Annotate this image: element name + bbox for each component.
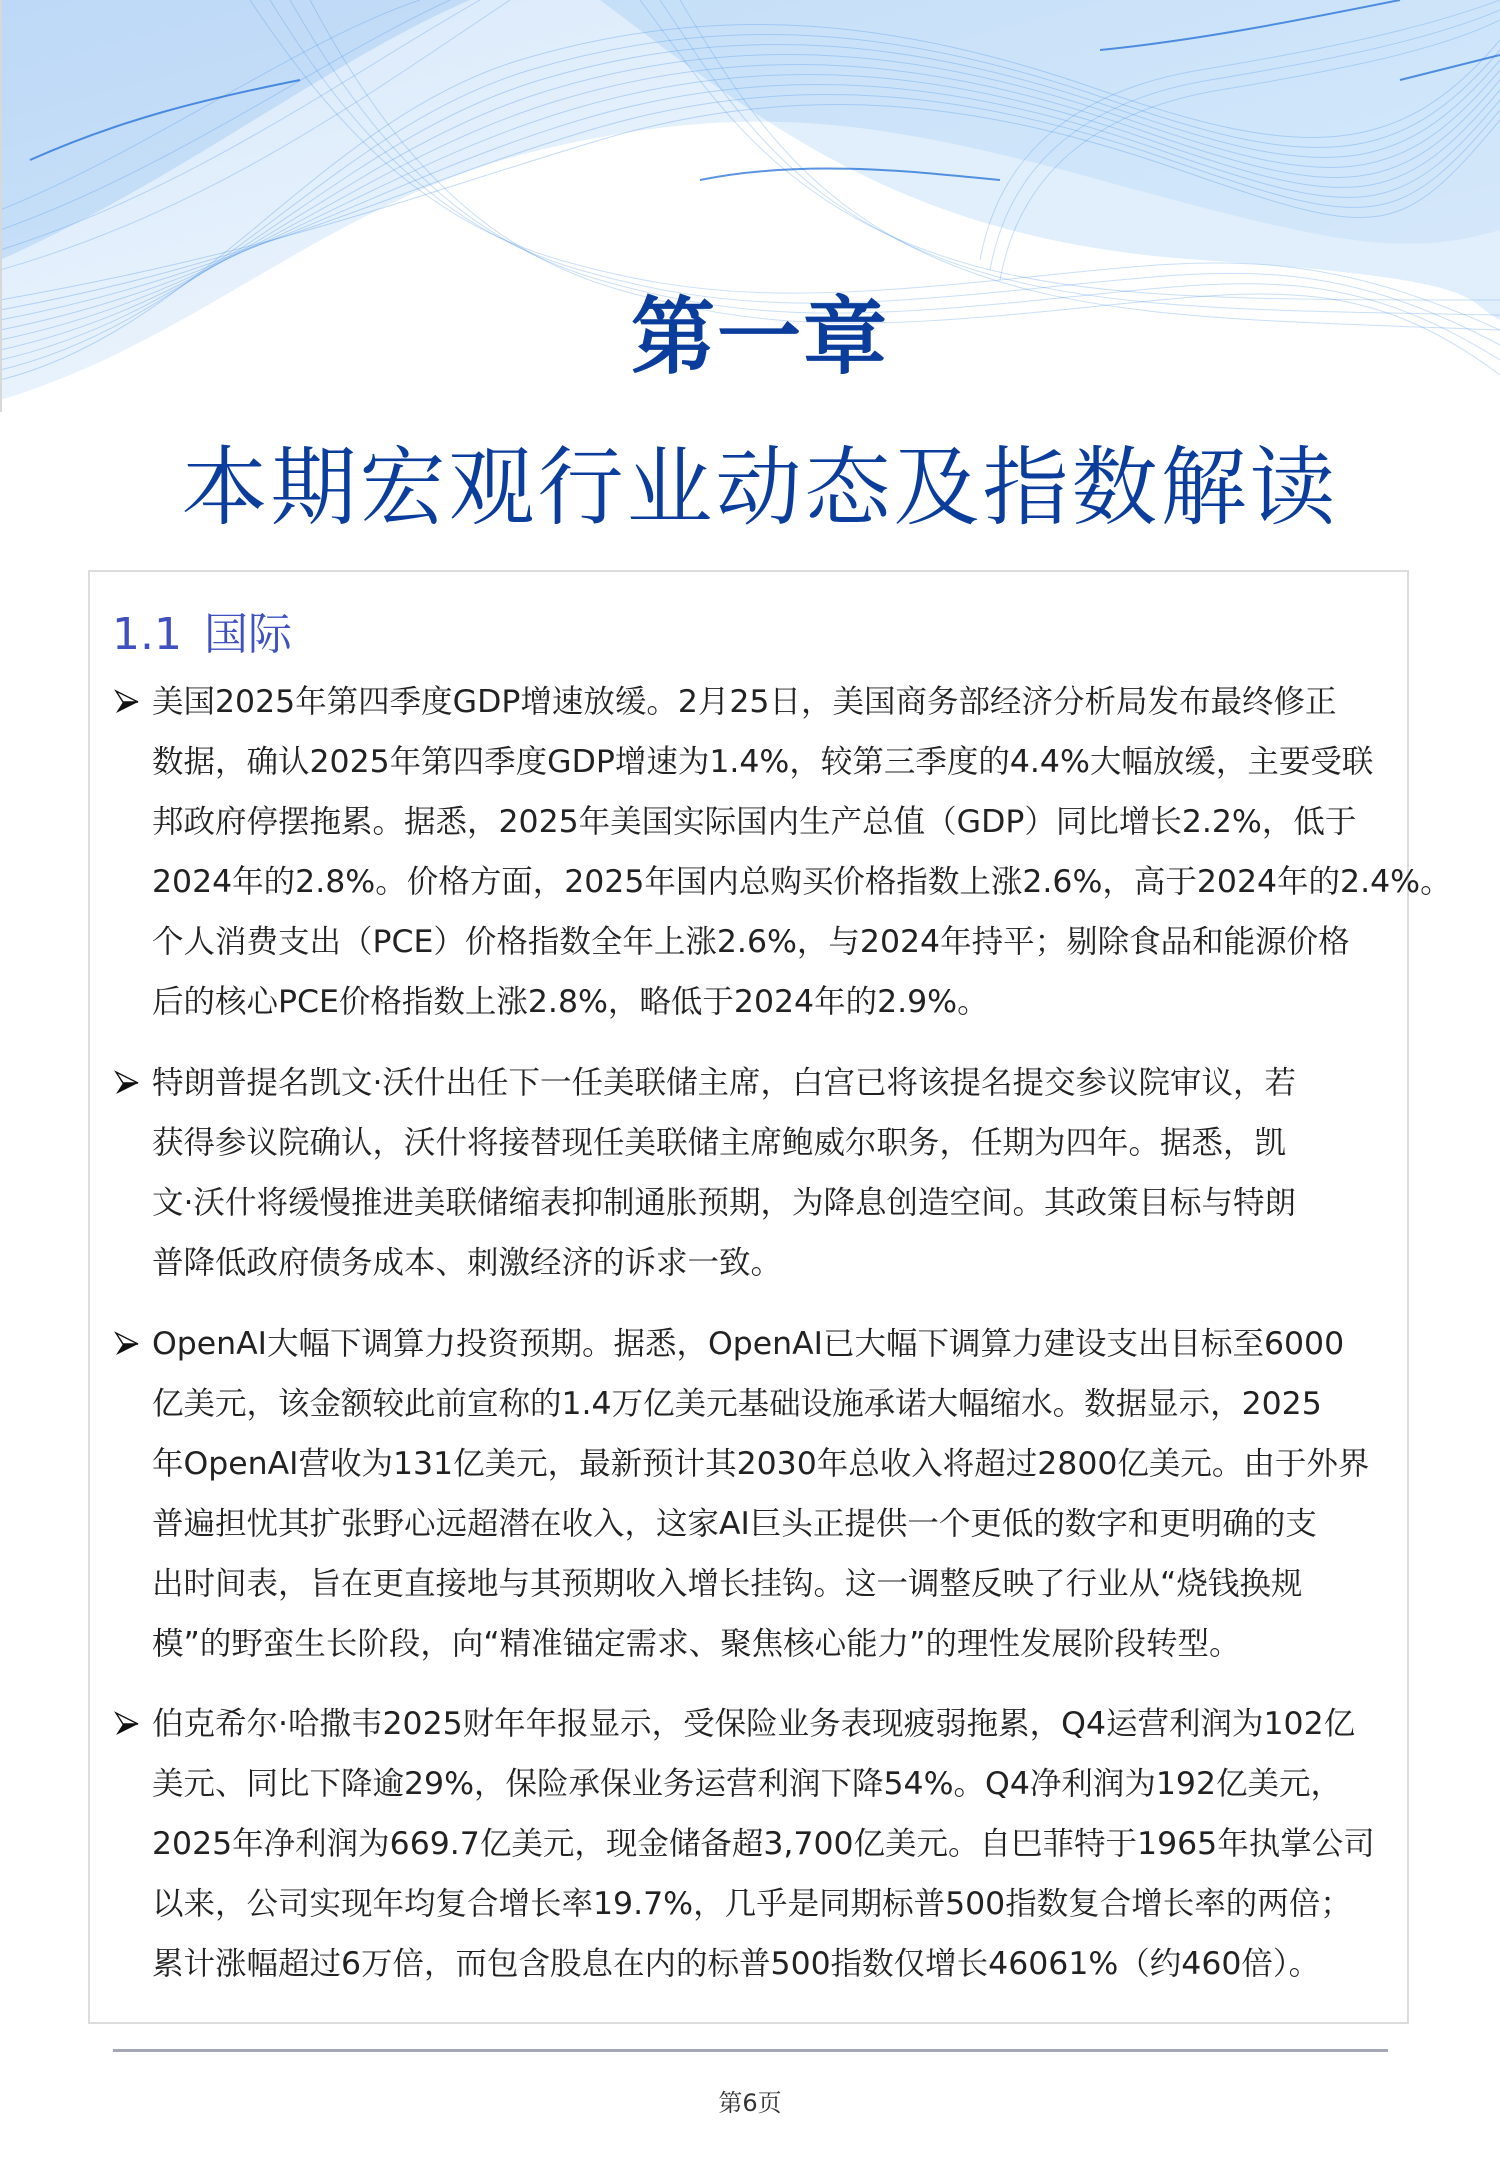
section-heading: 1.1国际	[112, 598, 292, 662]
text-line: 美国2025年第四季度GDP增速放缓。2月25日，美国商务部经济分析局发布最终修…	[152, 672, 1414, 732]
text-line: OpenAI大幅下调算力投资预期。据悉，OpenAI已大幅下调算力建设支出目标至…	[152, 1314, 1414, 1374]
text-line: 后的核心PCE价格指数上涨2.8%，略低于2024年的2.9%。	[152, 972, 1414, 1032]
text-line: 获得参议院确认，沃什将接替现任美联储主席鲍威尔职务，任期为四年。据悉，凯	[152, 1113, 1414, 1173]
text-line: 模”的野蛮生长阶段，向“精准锚定需求、聚焦核心能力”的理性发展阶段转型。	[152, 1614, 1414, 1674]
text-line: 普遍担忧其扩张野心远超潜在收入，这家AI巨头正提供一个更低的数字和更明确的支	[152, 1494, 1414, 1554]
text-line: 文·沃什将缓慢推进美联储缩表抑制通胀预期，为降息创造空间。其政策目标与特朗	[152, 1173, 1414, 1233]
footer-divider	[113, 2049, 1388, 2052]
text-line: 伯克希尔·哈撒韦2025财年年报显示，受保险业务表现疲弱拖累，Q4运营利润为10…	[152, 1694, 1414, 1754]
text-line: 美元、同比下降逾29%，保险承保业务运营利润下降54%。Q4净利润为192亿美元…	[152, 1754, 1414, 1814]
text-line: 2025年净利润为669.7亿美元，现金储备超3,700亿美元。自巴菲特于196…	[152, 1814, 1414, 1874]
arrowhead-bullet-icon	[114, 1331, 140, 1357]
text-line: 亿美元，该金额较此前宣称的1.4万亿美元基础设施承诺大幅缩水。数据显示，2025	[152, 1374, 1414, 1434]
text-line: 年OpenAI营收为131亿美元，最新预计其2030年总收入将超过2800亿美元…	[152, 1434, 1414, 1494]
text-line: 邦政府停摆拖累。据悉，2025年美国实际国内生产总值（GDP）同比增长2.2%，…	[152, 792, 1414, 852]
section-title: 国际	[204, 609, 292, 660]
text-line: 2024年的2.8%。价格方面，2025年国内总购买价格指数上涨2.6%，高于2…	[152, 852, 1414, 912]
news-item-openai: OpenAI大幅下调算力投资预期。据悉，OpenAI已大幅下调算力建设支出目标至…	[152, 1314, 1414, 1674]
text-line: 以来，公司实现年均复合增长率19.7%，几乎是同期标普500指数复合增长率的两倍…	[152, 1874, 1414, 1934]
chapter-label: 第一章	[0, 270, 1500, 391]
text-line: 特朗普提名凯文·沃什出任下一任美联储主席，白宫已将该提名提交参议院审议，若	[152, 1053, 1414, 1113]
arrowhead-bullet-icon	[114, 1711, 140, 1737]
page-number: 第6页	[0, 2083, 1500, 2118]
text-line: 数据，确认2025年第四季度GDP增速为1.4%，较第三季度的4.4%大幅放缓，…	[152, 732, 1414, 792]
arrowhead-bullet-icon	[114, 689, 140, 715]
news-item-fed-chair: 特朗普提名凯文·沃什出任下一任美联储主席，白宫已将该提名提交参议院审议，若 获得…	[152, 1053, 1414, 1293]
news-item-berkshire: 伯克希尔·哈撒韦2025财年年报显示，受保险业务表现疲弱拖累，Q4运营利润为10…	[152, 1694, 1414, 1994]
text-line: 累计涨幅超过6万倍，而包含股息在内的标普500指数仅增长46061%（约460倍…	[152, 1934, 1414, 1994]
section-number: 1.1	[112, 609, 182, 660]
arrowhead-bullet-icon	[114, 1070, 140, 1096]
text-line: 普降低政府债务成本、刺激经济的诉求一致。	[152, 1233, 1414, 1293]
chapter-title: 本期宏观行业动态及指数解读	[0, 418, 1500, 542]
news-item-us-gdp: 美国2025年第四季度GDP增速放缓。2月25日，美国商务部经济分析局发布最终修…	[152, 672, 1414, 1032]
text-line: 个人消费支出（PCE）价格指数全年上涨2.6%，与2024年持平；剔除食品和能源…	[152, 912, 1414, 972]
text-line: 出时间表，旨在更直接地与其预期收入增长挂钩。这一调整反映了行业从“烧钱换规	[152, 1554, 1414, 1614]
